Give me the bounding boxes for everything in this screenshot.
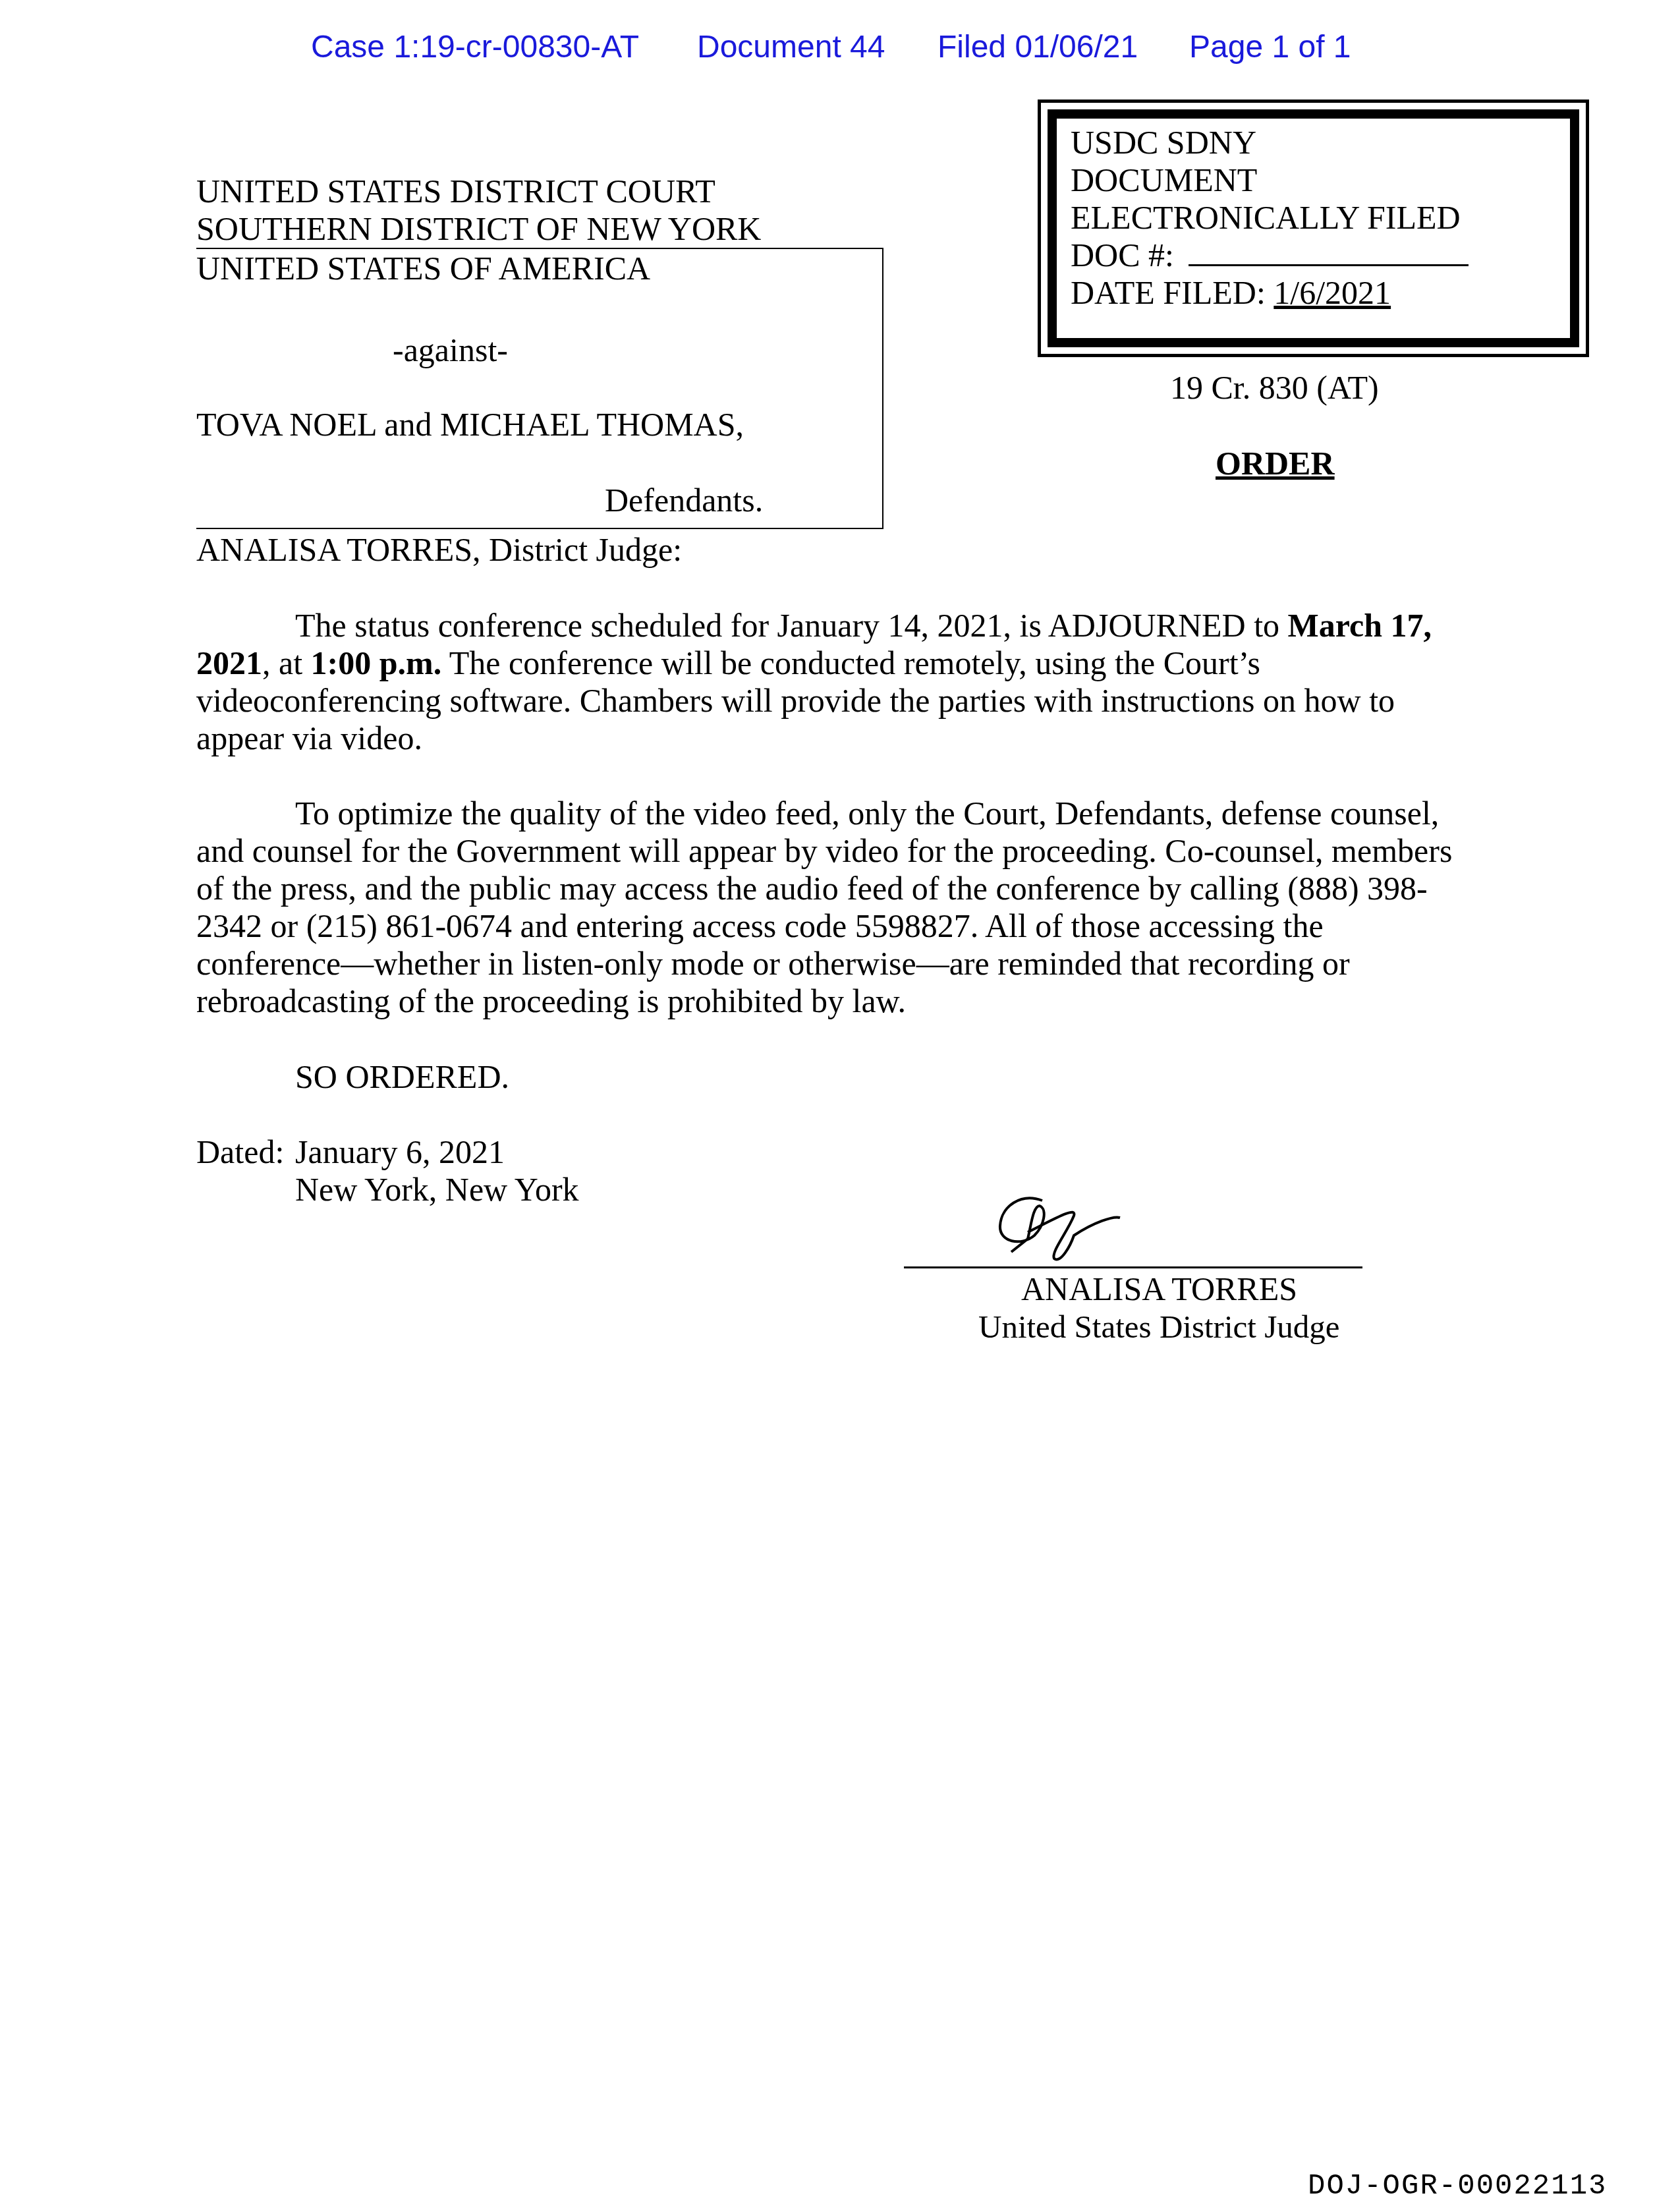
ecf-filed-date: Filed 01/06/21 (938, 29, 1138, 65)
court-name: UNITED STATES DISTRICT COURT (196, 173, 715, 210)
stamp-date-filed: DATE FILED: 1/6/2021 (1071, 274, 1469, 312)
dated-label: Dated: (196, 1133, 284, 1171)
dated-date: January 6, 2021 (295, 1133, 505, 1171)
caption-bottom-rule (196, 528, 883, 529)
stamp-line-efiled: ELECTRONICALLY FILED (1071, 199, 1469, 237)
dated-place: New York, New York (295, 1171, 579, 1208)
stamp-doc-label: DOC #: (1071, 237, 1174, 273)
caption-defendants-label: Defendants. (605, 482, 763, 519)
caption-defendants: TOVA NOEL and MICHAEL THOMAS, (196, 406, 744, 443)
stamp-line-court: USDC SDNY (1071, 124, 1469, 161)
ecf-case-number: Case 1:19-cr-00830-AT (311, 29, 639, 65)
judge-intro: ANALISA TORRES, District Judge: (196, 531, 682, 569)
stamp-date-label: DATE FILED: (1071, 274, 1266, 311)
stamp-doc-blank (1189, 238, 1469, 266)
stamp-date-value: 1/6/2021 (1274, 274, 1391, 311)
p2-text: To optimize the quality of the video fee… (196, 795, 1461, 1020)
so-ordered: SO ORDERED. (295, 1058, 509, 1096)
bates-number: DOJ-OGR-00022113 (1308, 2170, 1607, 2203)
ecf-document-number: Document 44 (697, 29, 885, 65)
signer-name: ANALISA TORRES (1021, 1270, 1297, 1308)
court-district: SOUTHERN DISTRICT OF NEW YORK (196, 210, 761, 248)
signature-line (904, 1266, 1362, 1268)
ecf-page-count: Page 1 of 1 (1189, 29, 1351, 65)
p1-text-b: , at (262, 644, 311, 681)
caption-right-rule (882, 248, 883, 529)
caption-top-rule (196, 248, 883, 249)
p1-text-a: The status conference scheduled for Janu… (295, 607, 1288, 644)
stamp-doc-number: DOC #: (1071, 237, 1469, 274)
document-title: ORDER (1216, 445, 1335, 482)
order-paragraph-1: The status conference scheduled for Janu… (196, 607, 1461, 757)
signer-title: United States District Judge (978, 1308, 1339, 1346)
signature-mark-icon (982, 1186, 1219, 1265)
p1-new-time: 1:00 p.m. (311, 644, 442, 681)
filing-stamp-text: USDC SDNY DOCUMENT ELECTRONICALLY FILED … (1071, 124, 1469, 312)
caption-plaintiff: UNITED STATES OF AMERICA (196, 250, 650, 287)
order-paragraph-2: To optimize the quality of the video fee… (196, 795, 1461, 1020)
stamp-line-document: DOCUMENT (1071, 161, 1469, 199)
case-number: 19 Cr. 830 (AT) (1170, 369, 1379, 407)
caption-versus: -against- (393, 331, 508, 369)
